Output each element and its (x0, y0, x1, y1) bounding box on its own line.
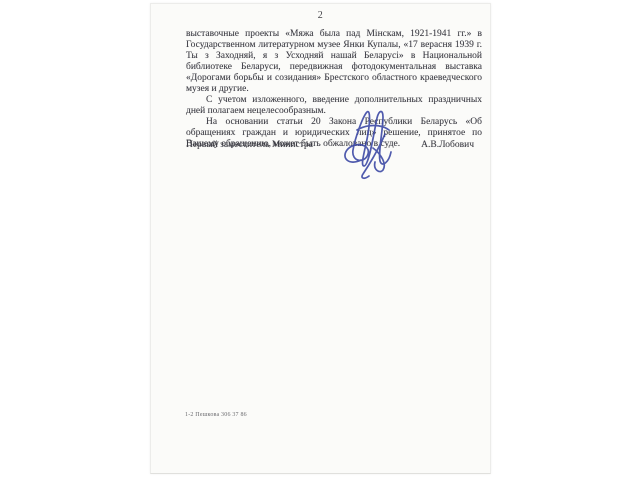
executor-reference-note: 1-2 Пешкова 306 37 86 (185, 412, 247, 418)
paragraph-exhibitions: выставочные проекты «Мяжа была пад Мінск… (186, 29, 482, 95)
letter-body: выставочные проекты «Мяжа была пад Мінск… (186, 29, 482, 150)
page-number: 2 (151, 10, 490, 21)
signatory-name: А.В.Лобович (421, 140, 474, 150)
signature-block: Первый заместитель Министра А.В.Лобович (186, 140, 474, 150)
paragraph-conclusion: С учетом изложенного, введение дополните… (186, 95, 482, 117)
scanned-letter-page: 2 выставочные проекты «Мяжа была пад Мін… (150, 3, 491, 474)
signatory-title: Первый заместитель Министра (186, 140, 313, 150)
screenshot-canvas: 2 выставочные проекты «Мяжа была пад Мін… (0, 0, 640, 480)
